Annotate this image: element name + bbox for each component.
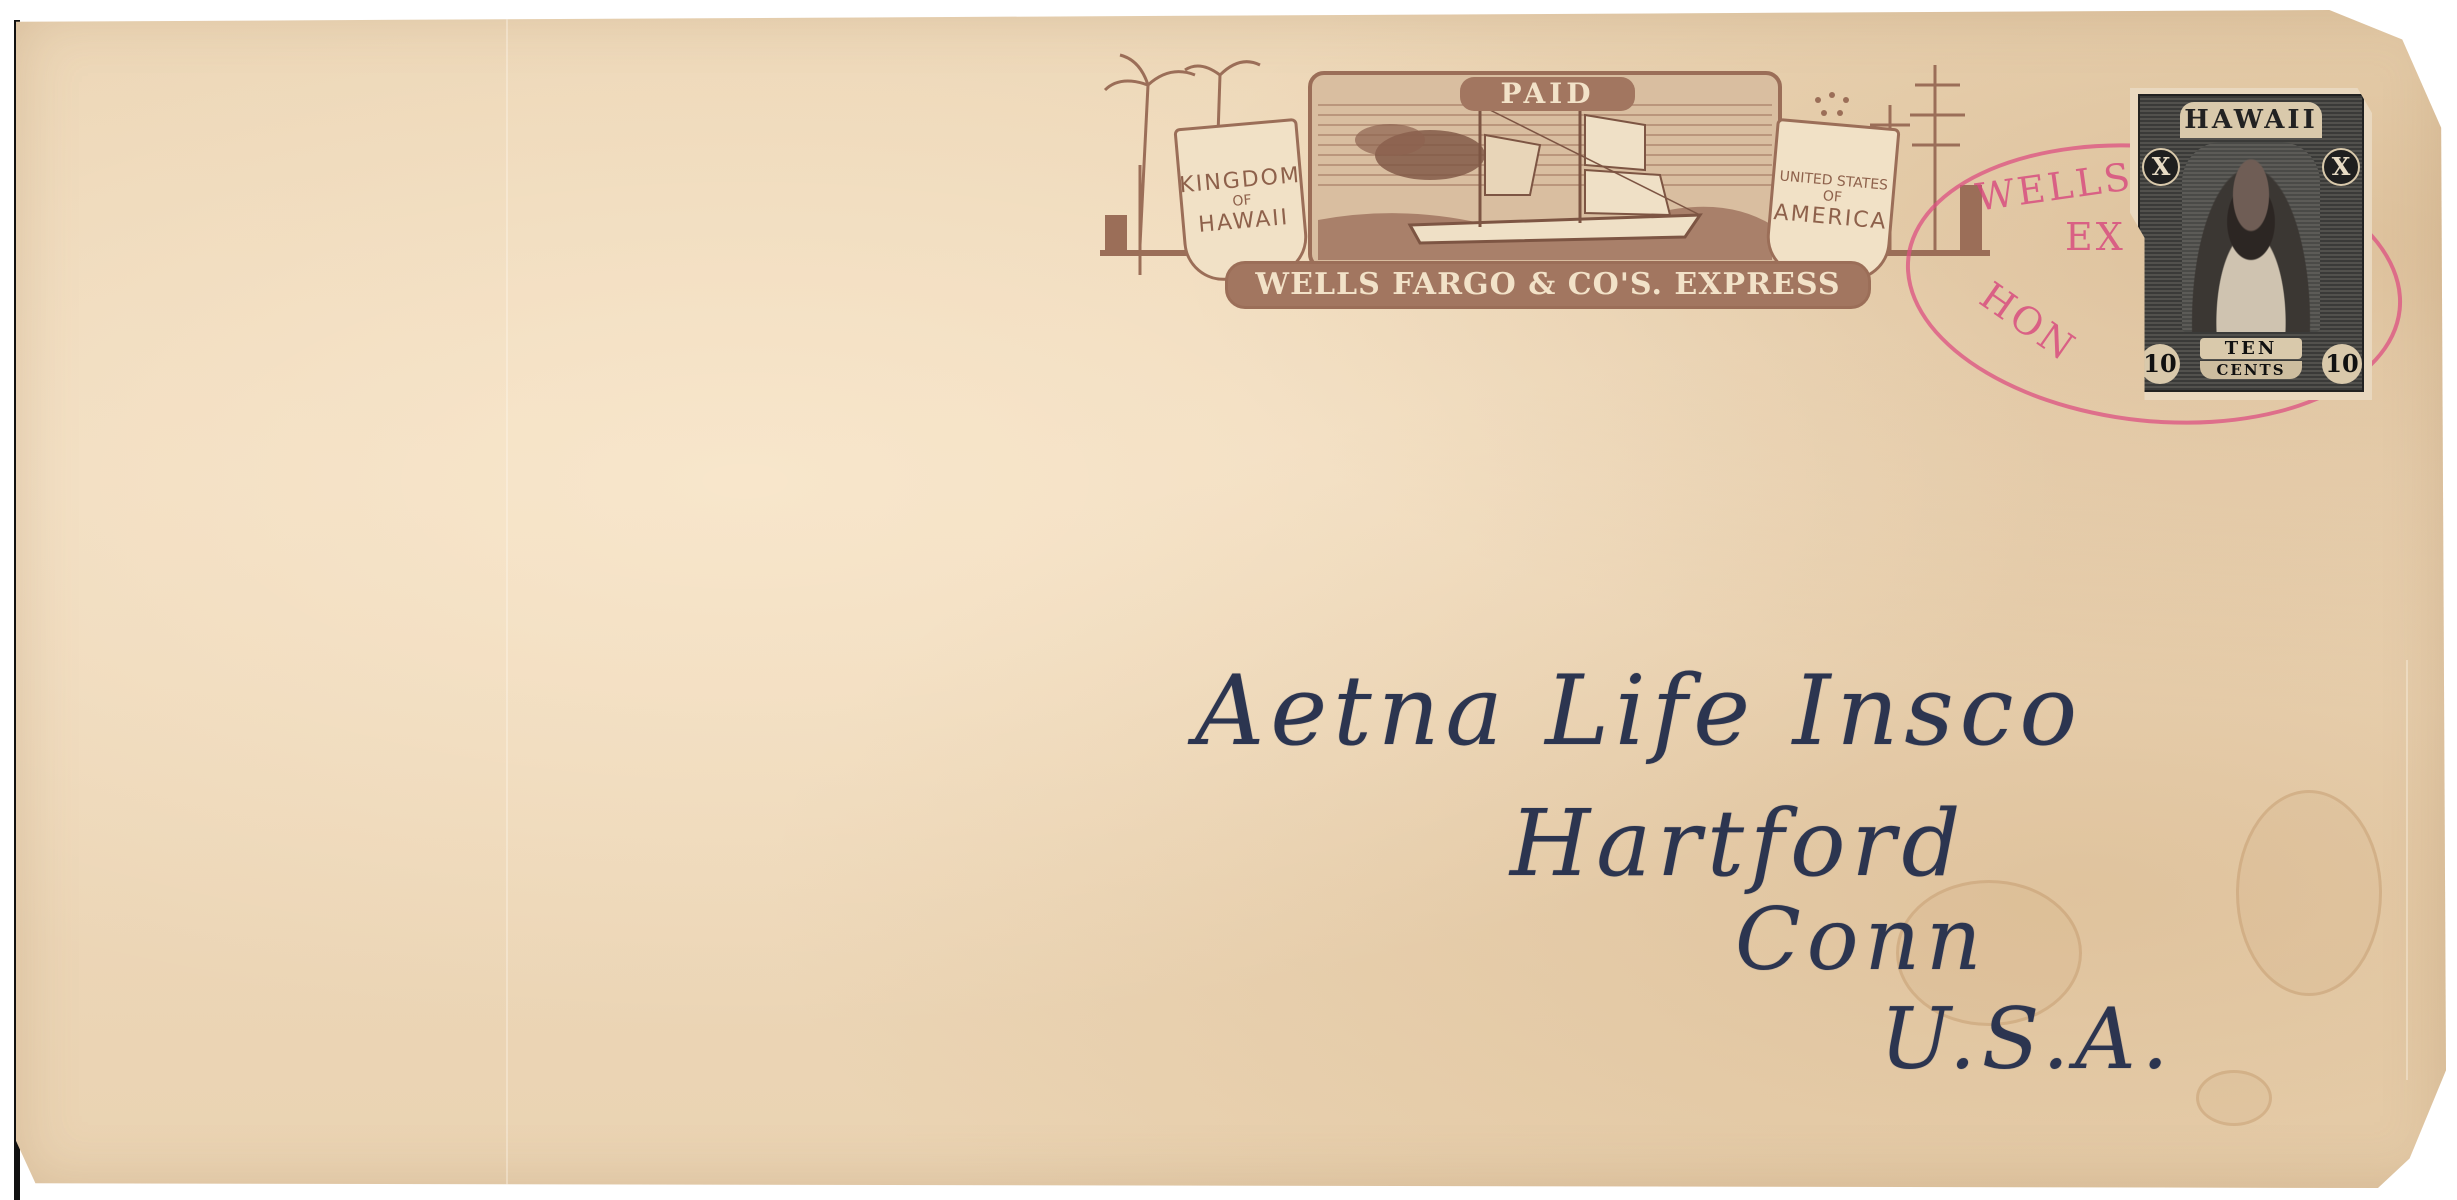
stamp-corner-mark: X xyxy=(2142,148,2180,186)
stamp-value-numeral: 10 xyxy=(2140,344,2180,384)
stamp-denomination: TEN CENTS xyxy=(2200,338,2302,382)
shield-text: HAWAII xyxy=(1197,205,1290,238)
shield-text: AMERICA xyxy=(1773,200,1889,235)
hawaii-ten-cent-stamp: HAWAII X X 10 10 TEN CENTS xyxy=(2130,88,2372,400)
stamp-corner-mark: X xyxy=(2322,148,2360,186)
shield-text: OF xyxy=(1232,192,1252,210)
denomination-word: TEN xyxy=(2200,338,2302,359)
united-states-shield: UNITED STATES OF AMERICA xyxy=(1763,118,1900,284)
water-stain xyxy=(2236,790,2382,996)
stamp-value-numeral: 10 xyxy=(2322,344,2362,384)
address-line-country: U.S.A. xyxy=(1880,990,2174,1088)
king-portrait xyxy=(2182,142,2320,332)
paper-crease xyxy=(506,10,508,1188)
cancel-text-express: EX xyxy=(2065,215,2126,259)
shield-text: OF xyxy=(1822,188,1842,206)
stamp-country: HAWAII xyxy=(2180,102,2322,138)
paid-label: PAID xyxy=(1460,77,1635,111)
kingdom-of-hawaii-shield: KINGDOM OF HAWAII xyxy=(1173,118,1310,284)
address-line-state: Conn xyxy=(1735,890,1987,990)
wells-fargo-frank: PAID KINGDOM OF HAWAII UNITED STATES OF … xyxy=(1100,45,1990,310)
address-line-addressee: Aetna Life Insco xyxy=(1195,655,2083,767)
water-stain xyxy=(2196,1070,2272,1126)
wells-fargo-banner: WELLS FARGO & CO'S. EXPRESS xyxy=(1225,261,1871,309)
stamp-design: HAWAII X X 10 10 TEN CENTS xyxy=(2138,94,2364,392)
denomination-unit: CENTS xyxy=(2200,361,2302,379)
address-line-city: Hartford xyxy=(1510,790,1966,897)
paper-crease xyxy=(2406,660,2408,1080)
